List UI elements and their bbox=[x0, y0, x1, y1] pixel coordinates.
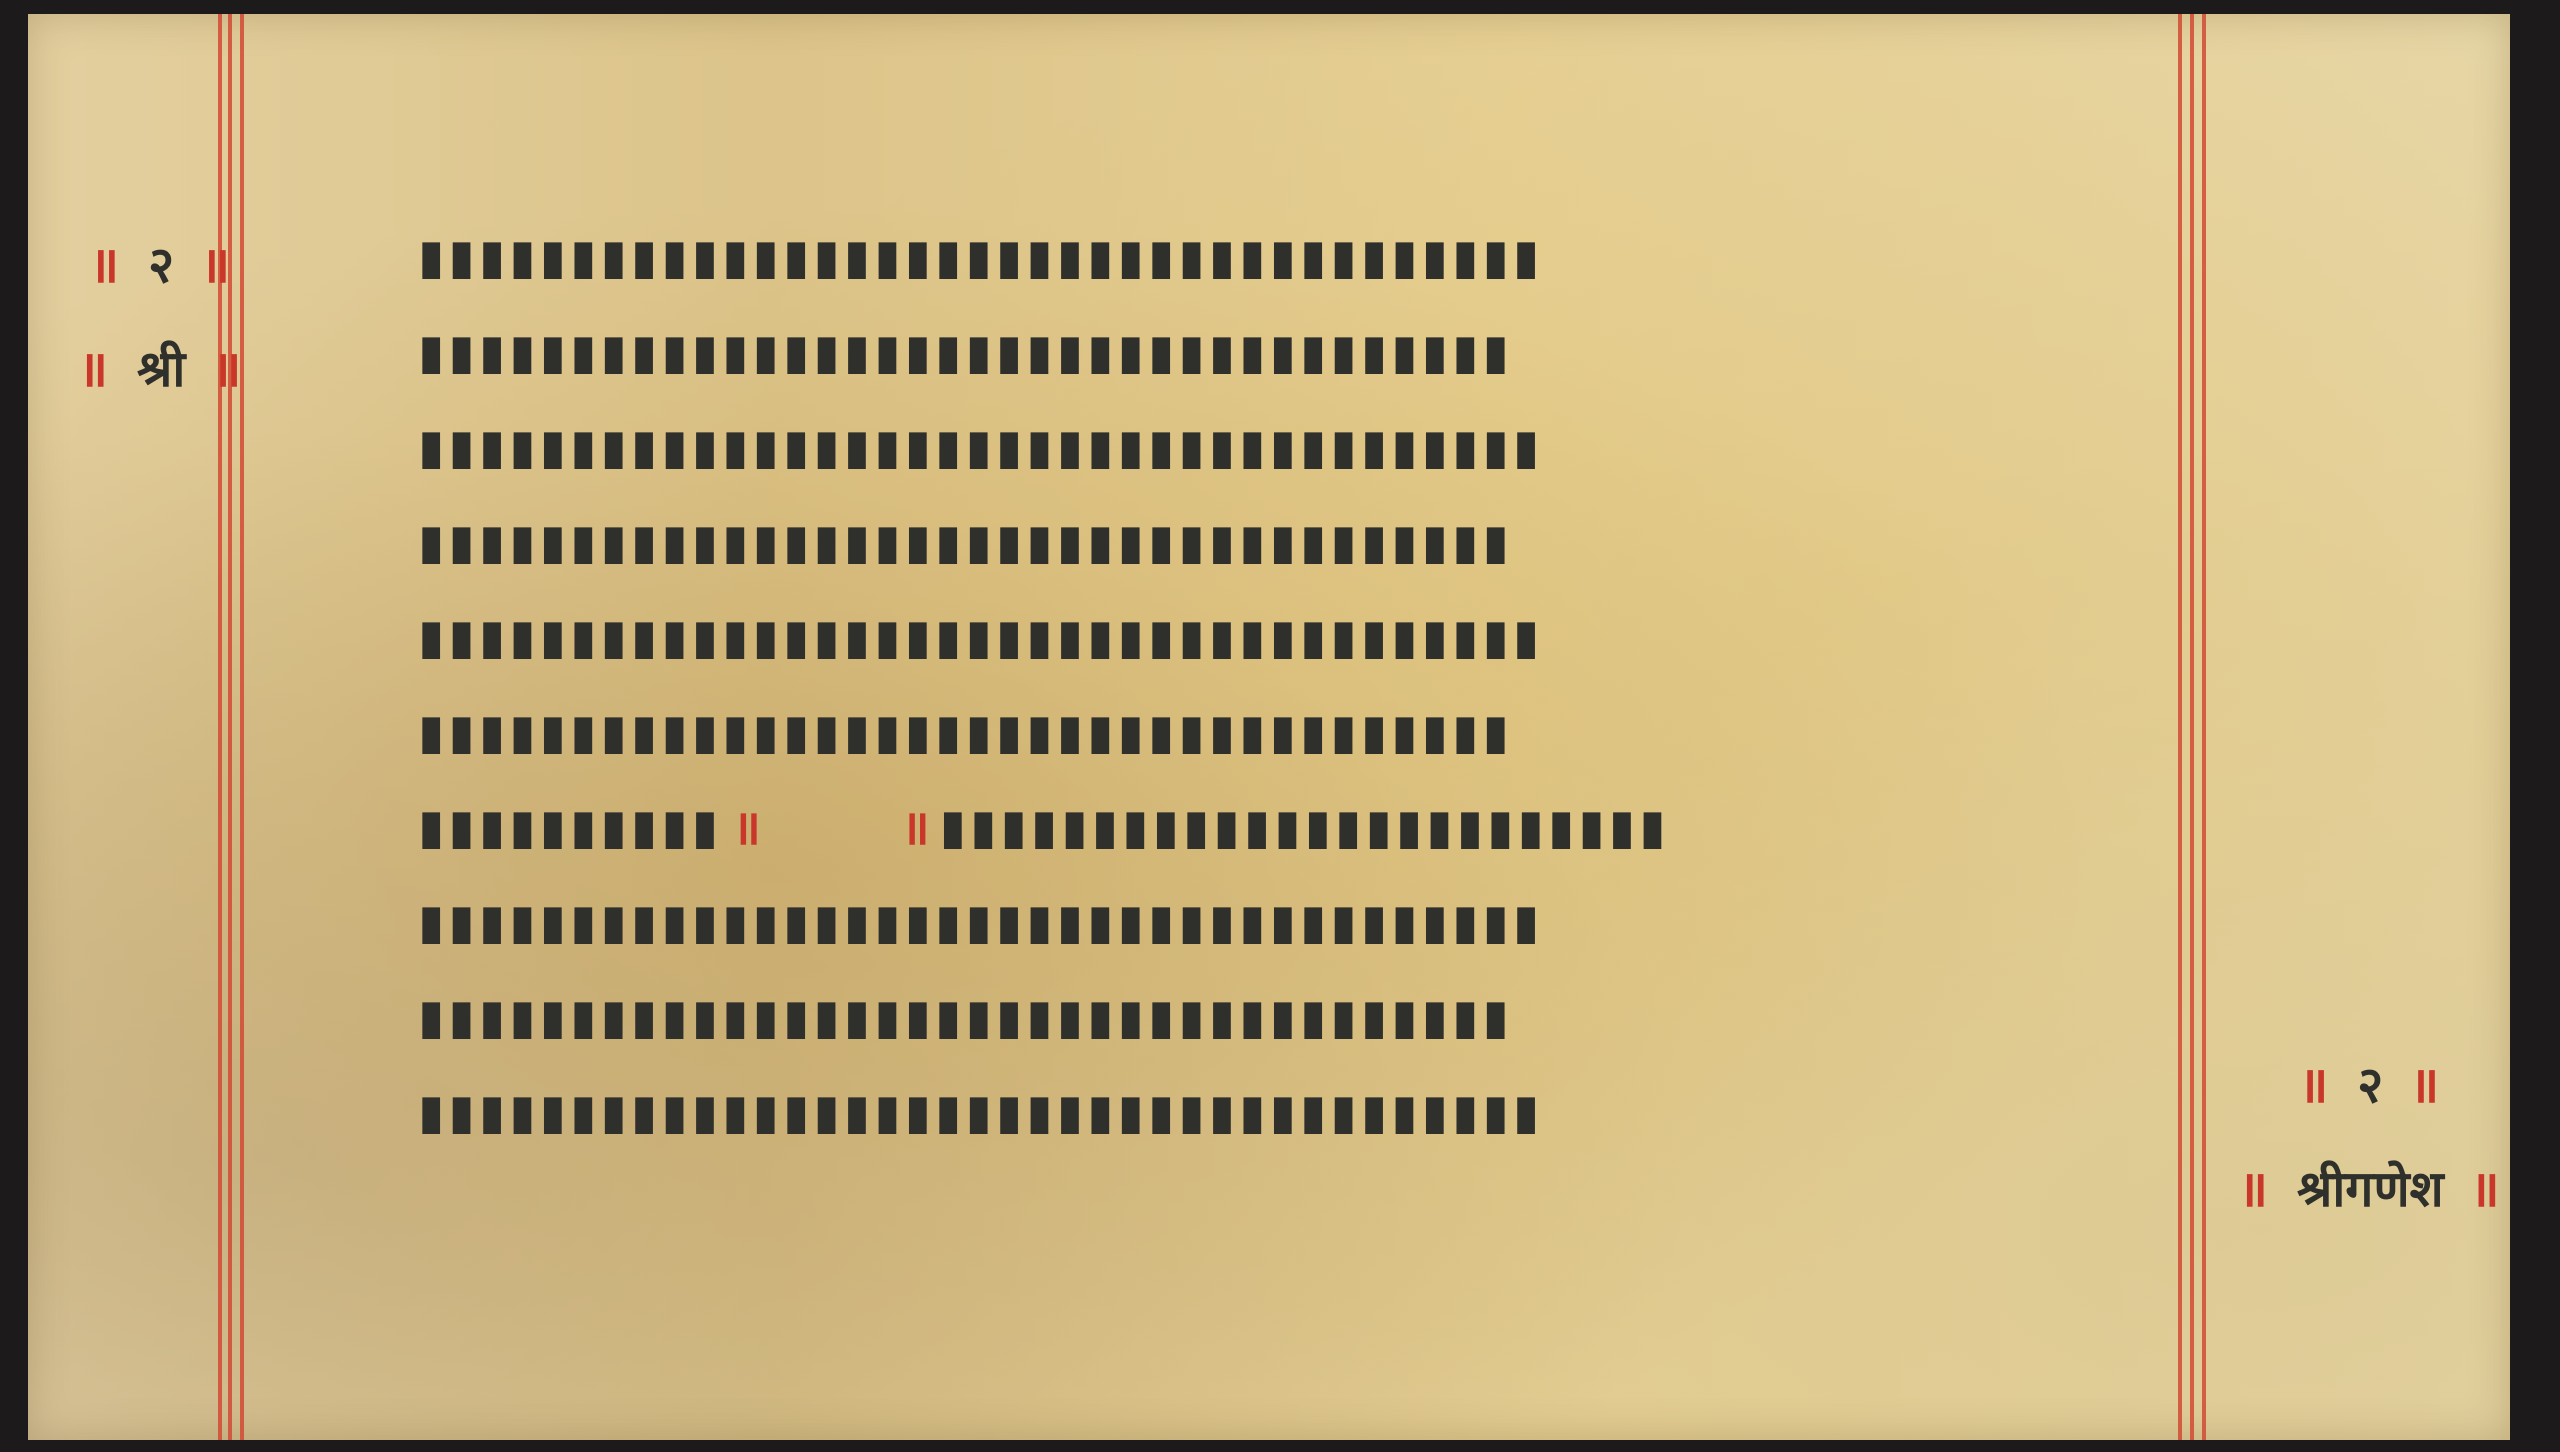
verse-end-mark: ॥ bbox=[732, 794, 761, 859]
text-line: ▮▮▮▮▮▮▮▮▮▮▮▮▮▮▮▮▮▮▮▮▮▮▮▮▮▮▮▮▮▮▮▮▮▮▮▮ bbox=[418, 969, 2208, 1064]
folio-number-row: ॥ २ ॥ bbox=[2298, 1049, 2442, 1117]
text-line: ▮▮▮▮▮▮▮▮▮▮▮▮▮▮▮▮▮▮▮▮▮▮▮▮▮▮▮▮▮▮▮▮▮▮▮▮▮ bbox=[418, 589, 2208, 684]
text-line: ▮▮▮▮▮▮▮▮▮▮ ॥ ॥ ▮▮▮▮▮▮▮▮▮▮▮▮▮▮▮▮▮▮▮▮▮▮▮▮ bbox=[418, 779, 2208, 874]
left-margin-folio-number: ॥ २ ॥ ॥ श्री ॥ bbox=[78, 229, 244, 401]
text-line: ▮▮▮▮▮▮▮▮▮▮▮▮▮▮▮▮▮▮▮▮▮▮▮▮▮▮▮▮▮▮▮▮▮▮▮▮▮ bbox=[418, 874, 2208, 969]
right-margin-folio-number: ॥ २ ॥ ॥ श्रीगणेश ॥ bbox=[2238, 1049, 2503, 1221]
manuscript-text-block: ▮▮▮▮▮▮▮▮▮▮▮▮▮▮▮▮▮▮▮▮▮▮▮▮▮▮▮▮▮▮▮▮▮▮▮▮▮ ▮▮… bbox=[418, 209, 2208, 1159]
ruling-line-left-1 bbox=[218, 14, 222, 1440]
text-line: ▮▮▮▮▮▮▮▮▮▮▮▮▮▮▮▮▮▮▮▮▮▮▮▮▮▮▮▮▮▮▮▮▮▮▮▮▮ bbox=[418, 209, 2208, 304]
double-danda-mark: ॥ bbox=[211, 333, 244, 401]
double-danda-mark: ॥ bbox=[89, 229, 122, 297]
folio-title: श्री bbox=[137, 333, 185, 401]
folio-number-row: ॥ २ ॥ bbox=[89, 229, 233, 297]
text-line: ▮▮▮▮▮▮▮▮▮▮▮▮▮▮▮▮▮▮▮▮▮▮▮▮▮▮▮▮▮▮▮▮▮▮▮▮▮ bbox=[418, 399, 2208, 494]
ruling-line-left-2 bbox=[228, 14, 232, 1440]
double-danda-mark: ॥ bbox=[2238, 1153, 2271, 1221]
double-danda-mark: ॥ bbox=[78, 333, 111, 401]
verse-start-mark: ॥ bbox=[901, 794, 930, 859]
folio-title-row: ॥ श्रीगणेश ॥ bbox=[2238, 1153, 2503, 1221]
folio-number: २ bbox=[2357, 1049, 2383, 1117]
ruling-line-left-3 bbox=[240, 14, 244, 1440]
text-line: ▮▮▮▮▮▮▮▮▮▮▮▮▮▮▮▮▮▮▮▮▮▮▮▮▮▮▮▮▮▮▮▮▮▮▮▮ bbox=[418, 304, 2208, 399]
double-danda-mark: ॥ bbox=[2470, 1153, 2503, 1221]
folio-title-row: ॥ श्री ॥ bbox=[78, 333, 244, 401]
folio-title: श्रीगणेश bbox=[2297, 1153, 2444, 1221]
text-line: ▮▮▮▮▮▮▮▮▮▮▮▮▮▮▮▮▮▮▮▮▮▮▮▮▮▮▮▮▮▮▮▮▮▮▮▮▮ bbox=[418, 1064, 2208, 1159]
folio-number: २ bbox=[148, 229, 174, 297]
text-line: ▮▮▮▮▮▮▮▮▮▮▮▮▮▮▮▮▮▮▮▮▮▮▮▮▮▮▮▮▮▮▮▮▮▮▮▮ bbox=[418, 494, 2208, 589]
text-line: ▮▮▮▮▮▮▮▮▮▮▮▮▮▮▮▮▮▮▮▮▮▮▮▮▮▮▮▮▮▮▮▮▮▮▮▮ bbox=[418, 684, 2208, 779]
double-danda-mark: ॥ bbox=[200, 229, 233, 297]
double-danda-mark: ॥ bbox=[2409, 1049, 2442, 1117]
manuscript-folio: ॥ २ ॥ ॥ श्री ॥ ॥ २ ॥ ॥ श्रीगणेश ॥ ▮▮▮▮▮▮… bbox=[28, 14, 2510, 1440]
double-danda-mark: ॥ bbox=[2298, 1049, 2331, 1117]
